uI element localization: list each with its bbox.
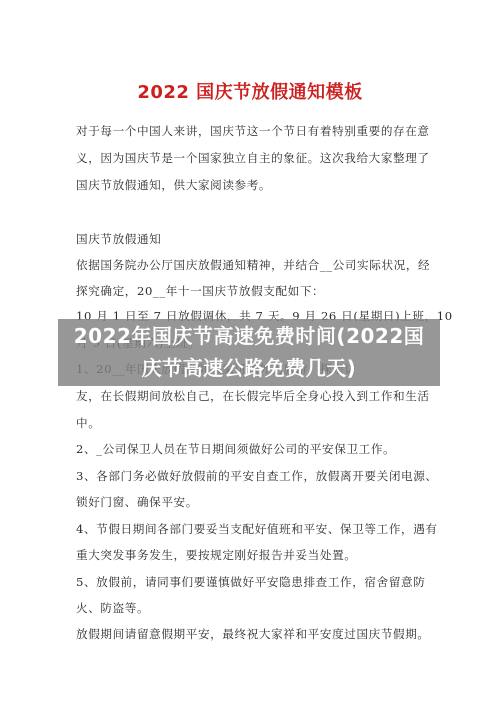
paragraph-line: 探究确定，20__年十一国庆节放假支配如下：: [76, 284, 436, 298]
paragraph-line: 中。: [76, 416, 436, 430]
section-heading: 国庆节放假通知: [76, 232, 436, 246]
list-item: 4、节假日期间各部门要妥当支配好值班和平安、保卫等工作，遇有: [76, 522, 436, 536]
closing-line: 放假期间请留意假期平安，最终祝大家祥和平安度过国庆节假期。: [76, 627, 436, 641]
list-item: 3、各部门务必做好放假前的平安自查工作，放假离开要关闭电源、: [76, 469, 436, 483]
caption-line-2: 庆节高速公路免费几天): [58, 352, 440, 384]
caption-line-1: 2022年国庆节高速免费时间(2022国: [58, 320, 440, 352]
paragraph-line: 国庆节放假通知，供大家阅读参考。: [76, 178, 436, 192]
document-title: 2022 国庆节放假通知模板: [0, 78, 500, 104]
paragraph-line: 友，在长假期间放松自己，在长假完毕后全身心投入到工作和生活: [76, 389, 436, 403]
paragraph-line: 锁好门窗、确保平安。: [76, 495, 436, 509]
list-item: 2、_公司保卫人员在节日期间须做好公司的平安保卫工作。: [76, 442, 436, 456]
paragraph-line: 火、防盗等。: [76, 601, 436, 615]
list-item: 5、放假前，请同事们要谨慎做好平安隐患排查工作，宿舍留意防: [76, 575, 436, 589]
caption-overlay: 2022年国庆节高速免费时间(2022国 庆节高速公路免费几天): [58, 320, 440, 384]
paragraph-line: 依据国务院办公厅国庆放假通知精神，并结合__公司实际状况，经: [76, 258, 436, 272]
paragraph-line: 对于每一个中国人来讲，国庆节这一个节日有着特别重要的存在意: [76, 124, 436, 138]
paragraph-line: 义，因为国庆节是一个国家独立自主的象征。这次我给大家整理了: [76, 151, 436, 165]
paragraph-line: 重大突发事务发生，要按规定刚好报告并妥当处置。: [76, 548, 436, 562]
